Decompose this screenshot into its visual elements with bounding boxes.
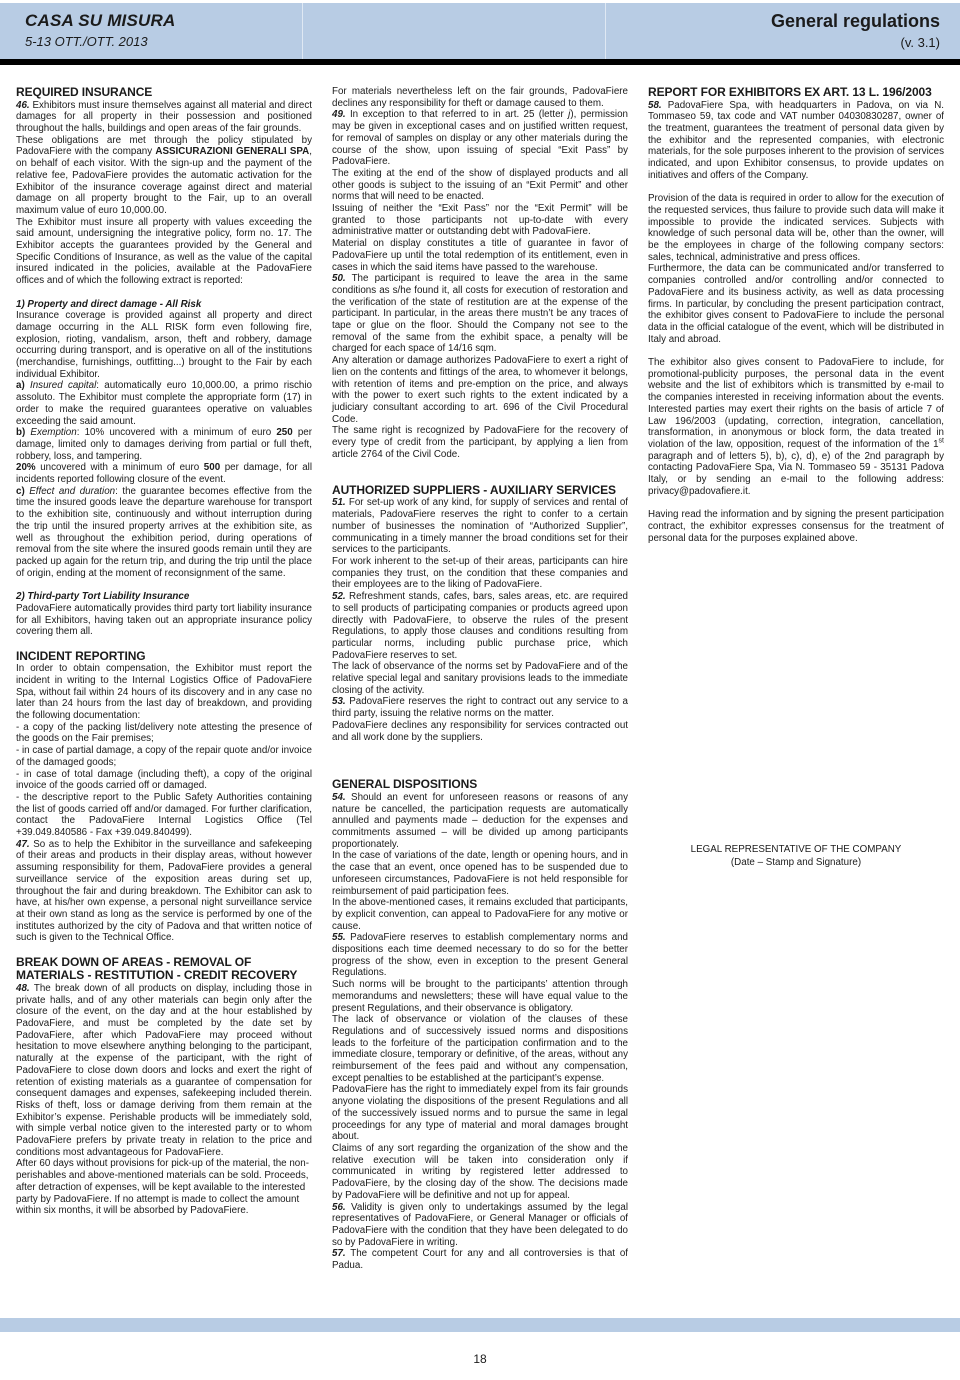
paragraph: 58. PadovaFiere Spa, with headquarters i… <box>648 100 944 182</box>
blank-line <box>332 461 628 473</box>
paragraph: 55. PadovaFiere reserves to establish co… <box>332 932 628 979</box>
paragraph: a) Insured capital: automatically euro 1… <box>16 380 312 427</box>
header-left: CASA SU MISURA 5-13 OTT./OTT. 2013 <box>0 3 175 49</box>
paragraph: - in case of partial damage, a copy of t… <box>16 745 312 768</box>
column-2: For materials nevertheless left on the f… <box>332 86 628 1272</box>
paragraph: - a copy of the packing list/delivery no… <box>16 722 312 745</box>
paragraph: The lack of observance or violation of t… <box>332 1014 628 1084</box>
blank-line <box>332 755 628 767</box>
paragraph: For materials nevertheless left on the f… <box>332 86 628 109</box>
page-header: CASA SU MISURA 5-13 OTT./OTT. 2013 Gener… <box>0 0 960 65</box>
paragraph: Furthermore, the data can be communicate… <box>648 263 944 345</box>
paragraph: Such norms will be brought to the partic… <box>332 979 628 1014</box>
paragraph: In order to obtain compensation, the Exh… <box>16 663 312 722</box>
paragraph: 54. Should an event for unforeseen reaso… <box>332 792 628 851</box>
paragraph: Issuing of neither the “Exit Pass” nor t… <box>332 203 628 238</box>
paragraph: The exiting at the end of the show of di… <box>332 168 628 203</box>
paragraph: 52. Refreshment stands, cafes, bars, sal… <box>332 591 628 661</box>
clause-heading: 2) Third-party Tort Liability Insurance <box>16 591 312 603</box>
document-version: (v. 3.1) <box>771 35 940 50</box>
event-title: CASA SU MISURA <box>25 11 175 31</box>
paragraph: Having read the information and by signi… <box>648 509 944 544</box>
paragraph: 48. The break down of all products on di… <box>16 983 312 1159</box>
paragraph: 20% uncovered with a minimum of euro 500… <box>16 462 312 485</box>
paragraph: After 60 days without provisions for pic… <box>16 1158 312 1217</box>
column-3: REPORT FOR EXHIBITORS EX ART. 13 L. 196/… <box>648 86 944 869</box>
paragraph: 56. Validity is given only to undertakin… <box>332 1202 628 1249</box>
paragraph: 46. Exhibitors must insure themselves ag… <box>16 100 312 135</box>
signature-block: LEGAL REPRESENTATIVE OF THE COMPANY(Date… <box>648 844 944 869</box>
paragraph: 50. The participant is required to leave… <box>332 273 628 355</box>
paragraph: c) Effect and duration: the guarantee be… <box>16 486 312 580</box>
paragraph: PadovaFiere has the right to immediately… <box>332 1084 628 1143</box>
blank-line <box>648 497 944 509</box>
paragraph: The same right is recognized by PadovaFi… <box>332 425 628 460</box>
paragraph: Claims of any sort regarding the organiz… <box>332 1143 628 1202</box>
paragraph: PadovaFiere declines any responsibility … <box>332 720 628 743</box>
section-heading: GENERAL DISPOSITIONS <box>332 778 628 792</box>
header-cell-divider <box>302 3 303 59</box>
paragraph: - in case of total damage (including the… <box>16 769 312 792</box>
blank-line <box>16 287 312 299</box>
signature-line: LEGAL REPRESENTATIVE OF THE COMPANY <box>648 844 944 857</box>
event-dates: 5-13 OTT./OTT. 2013 <box>25 34 175 49</box>
blank-line <box>648 345 944 357</box>
paragraph: PadovaFiere automatically provides third… <box>16 603 312 638</box>
section-heading: REPORT FOR EXHIBITORS EX ART. 13 L. 196/… <box>648 86 944 100</box>
document-title: General regulations <box>771 11 940 32</box>
document-columns: REQUIRED INSURANCE46. Exhibitors must in… <box>16 86 944 1272</box>
paragraph: These obligations are met through the po… <box>16 135 312 217</box>
paragraph: 53. PadovaFiere reserves the right to co… <box>332 696 628 719</box>
section-heading: INCIDENT REPORTING <box>16 650 312 664</box>
paragraph: Insurance coverage is provided against a… <box>16 310 312 380</box>
paragraph: The exhibitor also gives consent to Pado… <box>648 357 944 497</box>
header-right: General regulations (v. 3.1) <box>771 3 960 50</box>
section-heading: AUTHORIZED SUPPLIERS - AUXILIARY SERVICE… <box>332 484 628 498</box>
section-heading: REQUIRED INSURANCE <box>16 86 312 100</box>
section-heading: BREAK DOWN OF AREAS - REMOVAL OF MATERIA… <box>16 956 312 983</box>
paragraph: Provision of the data is required in ord… <box>648 193 944 263</box>
paragraph: 51. For set-up work of any kind, for sup… <box>332 497 628 556</box>
blank-line <box>332 743 628 755</box>
paragraph: Any alteration or damage authorizes Pado… <box>332 355 628 425</box>
paragraph: - the descriptive report to the Public S… <box>16 792 312 839</box>
paragraph: For work inherent to the set-up of their… <box>332 556 628 591</box>
paragraph: The lack of observance of the norms set … <box>332 661 628 696</box>
paragraph: b) Exemption: 10% uncovered with a minim… <box>16 427 312 462</box>
paragraph: 57. The competent Court for any and all … <box>332 1248 628 1271</box>
paragraph: Material on display constitutes a title … <box>332 238 628 273</box>
footer-bar <box>0 1318 960 1332</box>
paragraph: The Exhibitor must insure all property w… <box>16 217 312 287</box>
header-band: CASA SU MISURA 5-13 OTT./OTT. 2013 Gener… <box>0 3 960 59</box>
paragraph: In the above-mentioned cases, it remains… <box>332 897 628 932</box>
header-rule <box>0 59 960 65</box>
paragraph: In the case of variations of the date, l… <box>332 850 628 897</box>
header-cell-divider <box>605 3 606 59</box>
page-number: 18 <box>0 1352 960 1366</box>
signature-line: (Date – Stamp and Signature) <box>648 857 944 870</box>
column-1: REQUIRED INSURANCE46. Exhibitors must in… <box>16 86 312 1217</box>
paragraph: 47. So as to help the Exhibitor in the s… <box>16 839 312 944</box>
paragraph: 49. In exception to that referred to in … <box>332 109 628 168</box>
blank-line <box>16 579 312 591</box>
blank-line <box>648 182 944 194</box>
clause-heading: 1) Property and direct damage - All Risk <box>16 299 312 311</box>
